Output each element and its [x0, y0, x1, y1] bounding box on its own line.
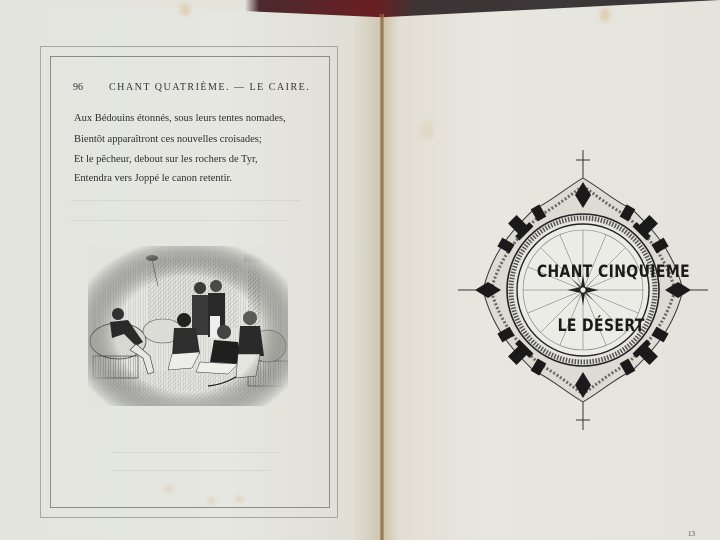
left-page-number: 96	[73, 82, 109, 93]
verse-line: Entendra vers Joppé le canon retentir.	[74, 173, 232, 184]
verse-line: Aux Bédouins étonnés, sous leurs tentes …	[74, 113, 286, 124]
verse-line: Et le pêcheur, debout sur les rochers de…	[74, 154, 258, 165]
running-head-title: CHANT QUATRIÈME. — LE CAIRE.	[109, 82, 310, 93]
bleed-through	[70, 220, 290, 221]
foxing-stain	[600, 8, 610, 22]
verse-line: Bientôt apparaîtront ces nouvelles crois…	[74, 134, 262, 145]
chapter-title-ornament	[458, 145, 720, 435]
chapter-subtitle: LE DÉSERT	[558, 316, 645, 336]
engraving-illustration	[88, 246, 288, 406]
chapter-title: CHANT CINQUIEME	[537, 262, 690, 282]
bleed-through	[110, 470, 270, 471]
running-head: 96CHANT QUATRIÈME. — LE CAIRE.	[73, 82, 313, 93]
foxing-stain	[420, 120, 434, 140]
bleed-through	[70, 200, 300, 201]
foxing-stain	[180, 4, 190, 16]
right-page-number: 13	[688, 530, 695, 538]
book-gutter	[380, 14, 384, 540]
bleed-through	[110, 452, 280, 453]
